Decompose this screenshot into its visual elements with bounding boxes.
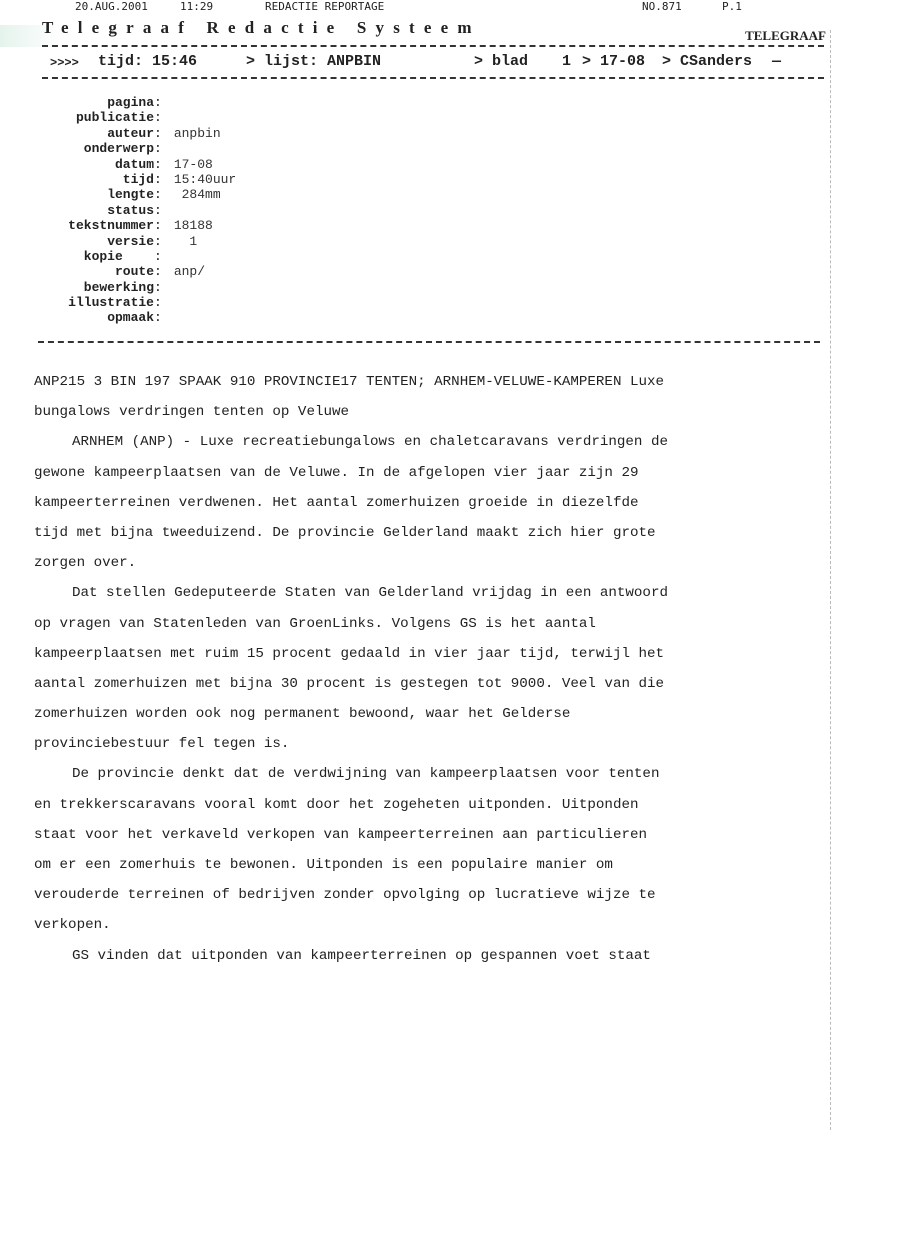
metadata-separator: : xyxy=(154,249,162,264)
metadata-key: lengte xyxy=(36,187,154,202)
metadata-row: route:anp/ xyxy=(36,264,236,279)
metadata-row: opmaak: xyxy=(36,310,236,325)
metadata-row: bewerking: xyxy=(36,280,236,295)
nav-trail: — xyxy=(772,53,781,70)
article-line: Dat stellen Gedeputeerde Staten van Geld… xyxy=(34,578,794,608)
metadata-separator: : xyxy=(154,110,162,125)
metadata-value: anpbin xyxy=(162,126,221,141)
metadata-value xyxy=(162,249,174,264)
brand-label: TELEGRAAF xyxy=(745,28,826,44)
metadata-key: versie xyxy=(36,234,154,249)
metadata-row: tijd:15:40uur xyxy=(36,172,236,187)
metadata-key: status xyxy=(36,203,154,218)
article-line: kampeerplaatsen met ruim 15 procent geda… xyxy=(34,639,794,669)
metadata-row: kopie : xyxy=(36,249,236,264)
metadata-row: pagina: xyxy=(36,95,236,110)
article-line: kampeerterreinen verdwenen. Het aantal z… xyxy=(34,488,794,518)
metadata-row: datum:17-08 xyxy=(36,157,236,172)
metadata-row: versie: 1 xyxy=(36,234,236,249)
metadata-separator: : xyxy=(154,172,162,187)
article-line: GS vinden dat uitponden van kampeerterre… xyxy=(34,941,794,971)
article-line: en trekkerscaravans vooral komt door het… xyxy=(34,790,794,820)
article-line: verouderde terreinen of bedrijven zonder… xyxy=(34,880,794,910)
metadata-value xyxy=(162,295,174,310)
metadata-row: lengte: 284mm xyxy=(36,187,236,202)
article-line: De provincie denkt dat de verdwijning va… xyxy=(34,759,794,789)
metadata-separator: : xyxy=(154,218,162,233)
nav-prefix: >>>> xyxy=(50,56,79,70)
article-slug-line: ANP215 3 BIN 197 SPAAK 910 PROVINCIE17 T… xyxy=(34,367,794,397)
metadata-value xyxy=(162,95,174,110)
metadata-key: illustratie xyxy=(36,295,154,310)
nav-blad[interactable]: > blad xyxy=(474,53,528,70)
metadata-key: kopie xyxy=(36,249,154,264)
metadata-value xyxy=(162,310,174,325)
metadata-key: opmaak xyxy=(36,310,154,325)
metadata-value: 284mm xyxy=(162,187,221,202)
metadata-value: 15:40uur xyxy=(162,172,236,187)
nav-blad-number: 1 xyxy=(562,53,571,70)
divider xyxy=(38,341,820,343)
metadata-key: auteur xyxy=(36,126,154,141)
metadata-key: bewerking xyxy=(36,280,154,295)
article-line: aantal zomerhuizen met bijna 30 procent … xyxy=(34,669,794,699)
fax-number: NO.871 xyxy=(642,0,682,13)
metadata-separator: : xyxy=(154,264,162,279)
article-line: gewone kampeerplaatsen van de Veluwe. In… xyxy=(34,458,794,488)
fax-date: 20.AUG.2001 xyxy=(75,0,148,13)
metadata-value xyxy=(162,203,174,218)
metadata-separator: : xyxy=(154,187,162,202)
metadata-row: auteur:anpbin xyxy=(36,126,236,141)
article-line: ARNHEM (ANP) - Luxe recreatiebungalows e… xyxy=(34,427,794,457)
metadata-value: 1 xyxy=(162,234,197,249)
metadata-value: anp/ xyxy=(162,264,205,279)
nav-user[interactable]: > CSanders xyxy=(662,53,752,70)
fax-transmission-header: 20.AUG.2001 11:29 REDACTIE REPORTAGE NO.… xyxy=(0,0,900,14)
metadata-value xyxy=(162,141,174,156)
page-edge-rule xyxy=(830,30,831,1130)
nav-line: >>>> tijd: 15:46 > lijst: ANPBIN > blad … xyxy=(50,53,830,73)
fax-page: P.1 xyxy=(722,0,742,13)
metadata-value xyxy=(162,110,174,125)
metadata-row: publicatie: xyxy=(36,110,236,125)
metadata-key: publicatie xyxy=(36,110,154,125)
title-bar: Telegraaf Redactie Systeem TELEGRAAF xyxy=(42,18,832,40)
metadata-key: pagina xyxy=(36,95,154,110)
metadata-key: route xyxy=(36,264,154,279)
metadata-separator: : xyxy=(154,157,162,172)
metadata-key: tijd xyxy=(36,172,154,187)
metadata-separator: : xyxy=(154,234,162,249)
nav-tijd: tijd: 15:46 xyxy=(98,53,197,70)
fax-department: REDACTIE REPORTAGE xyxy=(265,0,384,13)
metadata-key: tekstnummer xyxy=(36,218,154,233)
metadata-value: 17-08 xyxy=(162,157,213,172)
metadata-row: status: xyxy=(36,203,236,218)
metadata-row: illustratie: xyxy=(36,295,236,310)
metadata-value xyxy=(162,280,174,295)
nav-date[interactable]: > 17-08 xyxy=(582,53,645,70)
article-headline: bungalows verdringen tenten op Veluwe xyxy=(34,397,794,427)
metadata-fields: pagina:publicatie:auteur:anpbinonderwerp… xyxy=(36,95,236,326)
metadata-key: datum xyxy=(36,157,154,172)
metadata-separator: : xyxy=(154,141,162,156)
metadata-separator: : xyxy=(154,126,162,141)
metadata-separator: : xyxy=(154,310,162,325)
metadata-separator: : xyxy=(154,203,162,218)
article-line: om er een zomerhuis te bewonen. Uitponde… xyxy=(34,850,794,880)
article-line: op vragen van Statenleden van GroenLinks… xyxy=(34,609,794,639)
divider xyxy=(42,45,824,47)
article-line: staat voor het verkaveld verkopen van ka… xyxy=(34,820,794,850)
metadata-key: onderwerp xyxy=(36,141,154,156)
fax-time: 11:29 xyxy=(180,0,213,13)
metadata-value: 18188 xyxy=(162,218,213,233)
article: ANP215 3 BIN 197 SPAAK 910 PROVINCIE17 T… xyxy=(34,367,794,971)
article-line: verkopen. xyxy=(34,910,794,940)
system-title: Telegraaf Redactie Systeem xyxy=(42,18,481,38)
divider xyxy=(42,77,824,79)
article-line: tijd met bijna tweeduizend. De provincie… xyxy=(34,518,794,548)
metadata-row: onderwerp: xyxy=(36,141,236,156)
metadata-separator: : xyxy=(154,295,162,310)
metadata-separator: : xyxy=(154,95,162,110)
nav-lijst[interactable]: > lijst: ANPBIN xyxy=(246,53,381,70)
article-line: zorgen over. xyxy=(34,548,794,578)
metadata-separator: : xyxy=(154,280,162,295)
article-line: provinciebestuur fel tegen is. xyxy=(34,729,794,759)
article-line: zomerhuizen worden ook nog permanent bew… xyxy=(34,699,794,729)
metadata-row: tekstnummer:18188 xyxy=(36,218,236,233)
